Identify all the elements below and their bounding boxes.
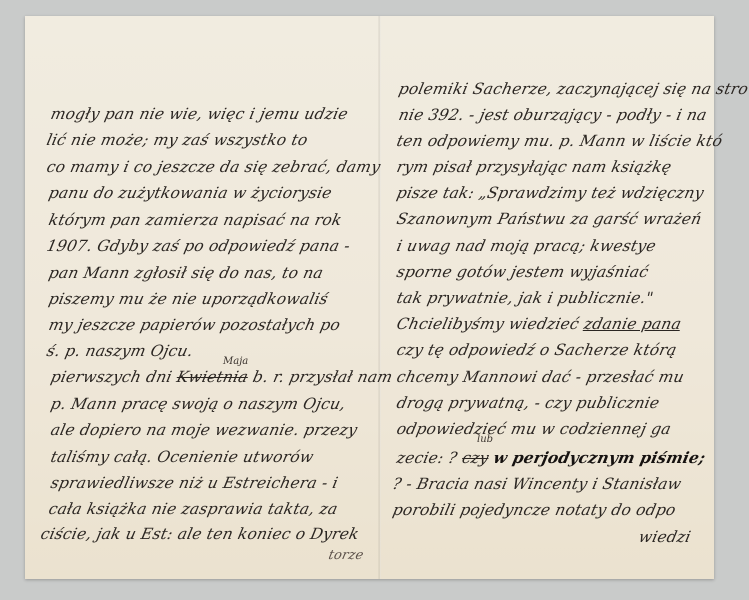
handwritten-line: czy tę odpowiedź o Sacherze którą (395, 341, 678, 359)
handwritten-line: 1907. Gdyby zaś po odpowiedź pana - (45, 237, 352, 255)
handwritten-line: i uwag nad moją pracą; kwestye (395, 237, 658, 255)
handwritten-line: sprawiedliwsze niż u Estreichera - i (49, 474, 340, 492)
handwritten-line: porobili pojedyncze notaty do odpo (391, 501, 678, 519)
handwritten-line: pisze tak: „Sprawdzimy też wdzięczny (395, 184, 706, 202)
handwritten-line: polemiki Sacherze, zaczynającej się na s… (397, 80, 749, 98)
handwritten-line: tak prywatnie, jak i publicznie." (395, 289, 655, 307)
handwritten-line: my jeszcze papierów pozostałych po (47, 316, 342, 334)
right-page: polemiki Sacherze, zaczynającej się na s… (381, 16, 714, 579)
handwritten-line: ś. p. naszym Ojcu. (45, 342, 195, 360)
handwritten-line: sporne gotów jestem wyjaśniać (395, 263, 650, 281)
line-text: zecie: ? (395, 449, 459, 467)
letter-paper: mogły pan nie wie, więc i jemu udzie lić… (25, 16, 714, 579)
handwritten-line: wiedzi (637, 528, 692, 546)
handwritten-line: nie 392. - jest oburzający - podły - i n… (397, 106, 709, 124)
handwritten-line: pierwszych dni Kwietnia b. r. przysłał n… (49, 368, 394, 386)
handwritten-line: Szanownym Państwu za garść wrażeń (395, 210, 703, 228)
handwritten-line: lić nie może; my zaś wszystko to (45, 131, 310, 149)
line-text: pierwszych dni (49, 368, 174, 386)
line-text: b. r. przysłał nam (251, 368, 394, 386)
handwritten-line: rym pisał przysyłając nam książkę (395, 158, 673, 176)
handwritten-line: cała książka nie zasprawia takta, za (47, 500, 339, 518)
handwritten-line: torze (327, 548, 365, 563)
inserted-word: lub (477, 434, 493, 445)
handwritten-line: p. Mann pracę swoją o naszym Ojcu, (49, 395, 347, 413)
struck-word: czy (460, 449, 490, 467)
handwritten-line: którym pan zamierza napisać na rok (47, 211, 344, 229)
handwritten-line: co mamy i co jeszcze da się zebrać, damy (45, 158, 382, 176)
handwritten-line: odpowiedzieć mu w codziennej ga (395, 420, 673, 438)
handwritten-line: panu do zużytkowania w życiorysie (47, 184, 334, 202)
struck-word: Kwietnia (175, 368, 250, 386)
handwritten-line: chcemy Mannowi dać - przesłać mu (395, 368, 686, 386)
handwritten-line: zecie: ? czy w perjodycznym piśmie; (395, 448, 707, 467)
handwritten-line: taliśmy całą. Ocenienie utworów (49, 448, 315, 466)
line-text: w perjodycznym piśmie; (492, 448, 707, 467)
handwritten-line: ciście, jak u Est: ale ten koniec o Dyre… (39, 525, 361, 543)
underlined-phrase: zdanie pana (582, 315, 683, 333)
handwritten-line: mogły pan nie wie, więc i jemu udzie (49, 105, 350, 123)
handwritten-line: ten odpowiemy mu. p. Mann w liście któ (395, 132, 724, 150)
inserted-word: Maja (223, 356, 248, 367)
handwritten-line: Chcielibyśmy wiedzieć zdanie pana (395, 315, 683, 333)
handwritten-line: ale dopiero na moje wezwanie. przezy (49, 421, 359, 439)
left-page: mogły pan nie wie, więc i jemu udzie lić… (25, 16, 378, 579)
handwritten-line: drogą prywatną, - czy publicznie (395, 394, 661, 412)
handwritten-line: piszemy mu że nie uporządkowaliś (47, 290, 330, 308)
handwritten-line: pan Mann zgłosił się do nas, to na (47, 264, 325, 282)
handwritten-line: ? - Bracia nasi Wincenty i Stanisław (391, 475, 683, 493)
line-text: Chcielibyśmy wiedzieć (395, 315, 581, 333)
